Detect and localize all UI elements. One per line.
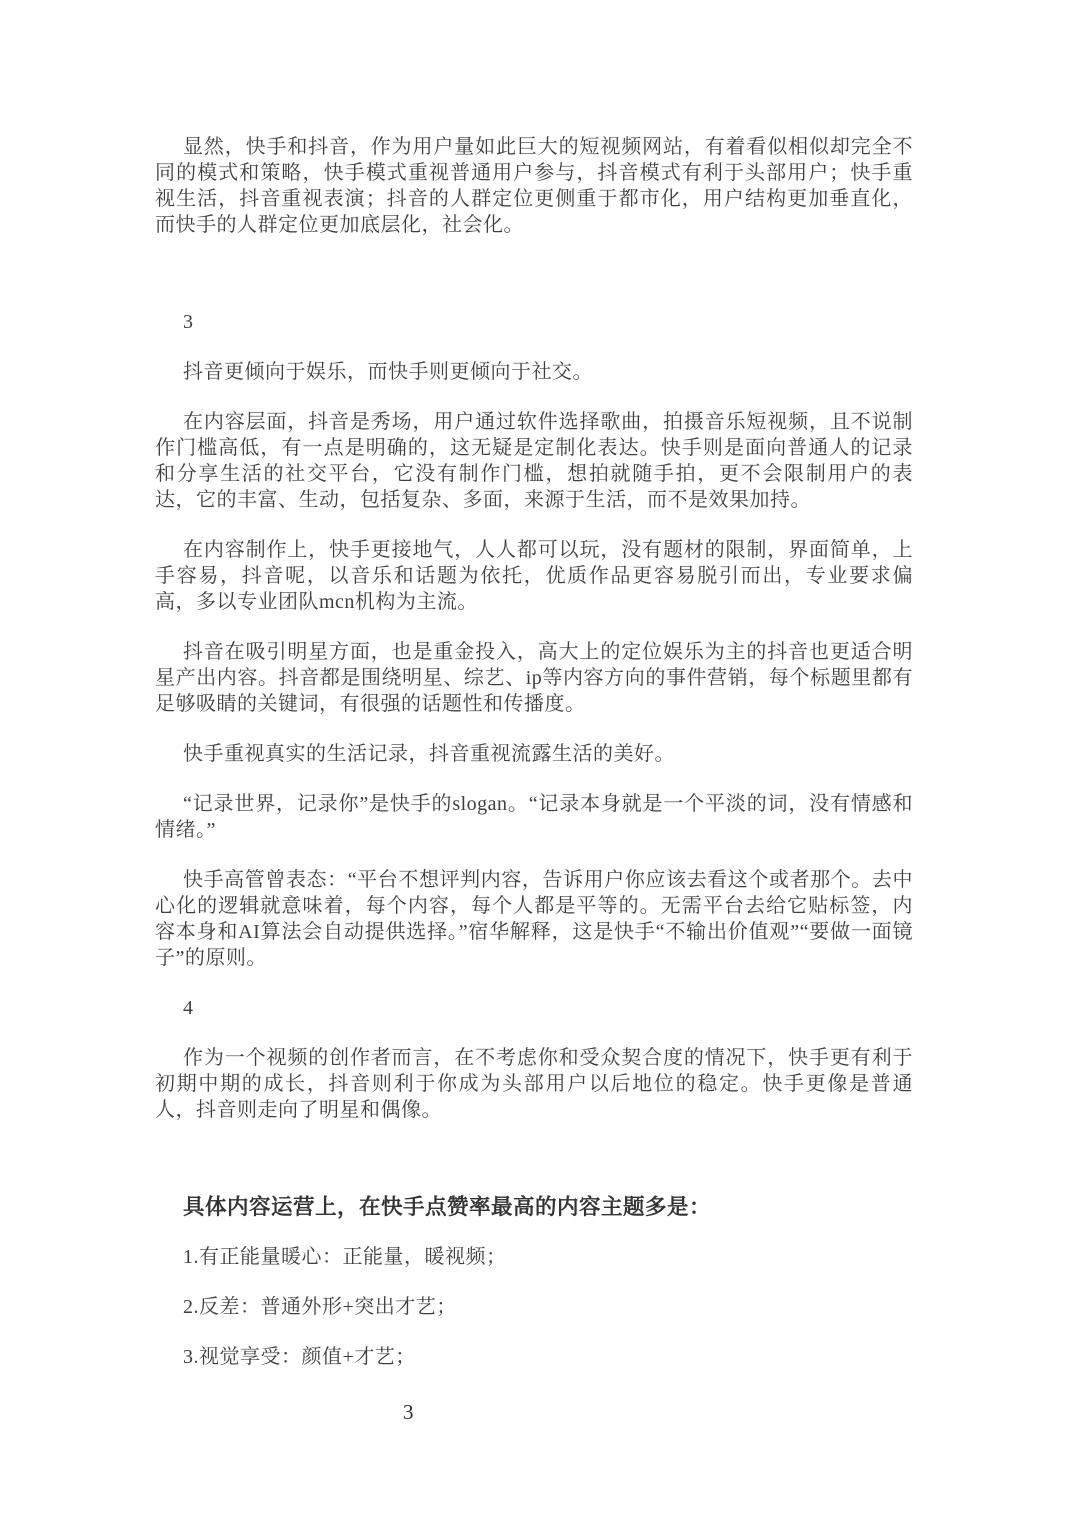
document-content: 显然，快手和抖音，作为用户量如此巨大的短视频网站，有着看似相似却完全不同的模式和… — [0, 0, 1080, 1370]
paragraph-content-level: 在内容层面，抖音是秀场，用户通过软件选择歌曲，拍摄音乐短视频，且不说制作门槛高低… — [155, 409, 913, 513]
section-number-4: 4 — [155, 995, 913, 1021]
paragraph-overview-modes: 显然，快手和抖音，作为用户量如此巨大的短视频网站，有着看似相似却完全不同的模式和… — [155, 134, 913, 238]
list-item-visual-enjoyment: 3.视觉享受：颜值+才艺； — [155, 1344, 913, 1370]
section-number-3: 3 — [155, 309, 913, 335]
paragraph-celebrity-investment: 抖音在吸引明星方面，也是重金投入，高大上的定位娱乐为主的抖音也更适合明星产出内容… — [155, 639, 913, 717]
list-item-contrast: 2.反差：普通外形+突出才艺； — [155, 1294, 913, 1320]
paragraph-executive-statement: 快手高管曾表态：“平台不想评判内容，告诉用户你应该去看这个或者那个。去中心化的逻… — [155, 867, 913, 971]
heading-content-operation: 具体内容运营上，在快手点赞率最高的内容主题多是： — [155, 1194, 913, 1220]
paragraph-entertainment-vs-social: 抖音更倾向于娱乐，而快手则更倾向于社交。 — [155, 359, 913, 385]
list-item-positive-energy: 1.有正能量暖心：正能量，暖视频； — [155, 1244, 913, 1270]
paragraph-real-life-records: 快手重视真实的生活记录，抖音重视流露生活的美好。 — [155, 741, 913, 767]
paragraph-creator-advice: 作为一个视频的创作者而言，在不考虑你和受众契合度的情况下，快手更有利于初期中期的… — [155, 1045, 913, 1123]
page-number: 3 — [403, 1400, 414, 1425]
paragraph-kuaishou-slogan: “记录世界，记录你”是快手的slogan。“记录本身就是一个平淡的词，没有情感和… — [155, 791, 913, 843]
document-page: 显然，快手和抖音，作为用户量如此巨大的短视频网站，有着看似相似却完全不同的模式和… — [0, 0, 1080, 1528]
paragraph-content-production: 在内容制作上，快手更接地气，人人都可以玩，没有题材的限制，界面简单，上手容易，抖… — [155, 537, 913, 615]
